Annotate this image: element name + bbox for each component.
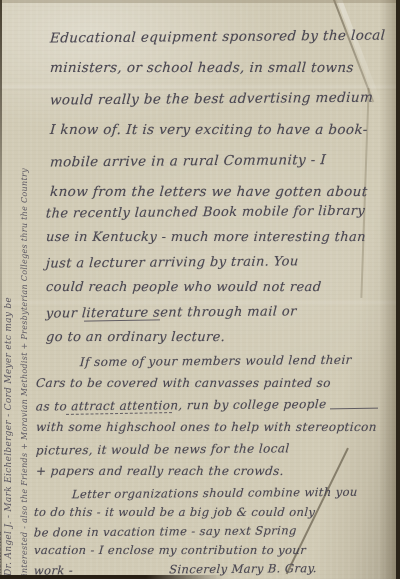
photo-edge-left (0, 0, 2, 579)
letter-paragraph-2: If some of your members would lend their… (36, 350, 390, 482)
handwritten-line: ministers, or school heads, in small tow… (49, 53, 393, 84)
letter-page: Educational equipment sponsored by the l… (0, 0, 400, 579)
handwritten-line: pictures, it would be news for the local (35, 436, 391, 461)
letter-paragraph-3: Letter organizations should combine with… (34, 484, 390, 579)
handwritten-line: be done in vacation time - say next Spri… (33, 520, 390, 542)
handwritten-line: with some highschool ones to help with s… (35, 416, 391, 438)
photo-edge-top (0, 0, 400, 3)
handwritten-line: vacation - I enclose my contribution to … (33, 541, 390, 560)
handwritten-line: Cars to be covered with canvasses painte… (35, 372, 391, 394)
handwritten-line: mobile arrive in a rural Community - I (49, 145, 393, 179)
handwritten-line: I know of. It is very exciting to have a… (49, 115, 393, 146)
letter-paragraph-1-cont: the recently launched Book mobile for li… (46, 200, 392, 350)
handwritten-line: + papers and really reach the crowds. (35, 460, 391, 482)
handwritten-line: would really be the best advertising med… (49, 83, 393, 117)
letter-paragraph-1: Educational equipment sponsored by the l… (50, 22, 392, 208)
handwritten-line: your literature sent through mail or (45, 298, 393, 326)
margin-note-names: Dr. Angel J. - Mark Eichelberger - Cord … (4, 178, 14, 576)
handwritten-line: to do this - it would be a big job & cou… (33, 503, 390, 522)
handwritten-line: Educational equipment sponsored by the l… (49, 21, 393, 55)
handwritten-line: If some of your members would lend their (35, 348, 391, 373)
handwritten-line: could reach people who would not read (45, 275, 393, 300)
photo-edge-bottom (0, 575, 225, 579)
handwritten-line: use in Kentucky - much more interesting … (45, 225, 393, 250)
margin-note-interested: interested - also the Friends + Moravian… (20, 176, 29, 576)
handwritten-line: just a lecturer arriving by train. You (45, 248, 393, 276)
photo-edge-right (396, 0, 400, 579)
handwritten-line: the recently launched Book mobile for li… (45, 198, 393, 226)
handwritten-line: Letter organizations should combine with… (33, 482, 390, 504)
handwritten-line: go to an ordinary lecture. (45, 325, 393, 350)
paper-curl-shadow (380, 0, 396, 579)
